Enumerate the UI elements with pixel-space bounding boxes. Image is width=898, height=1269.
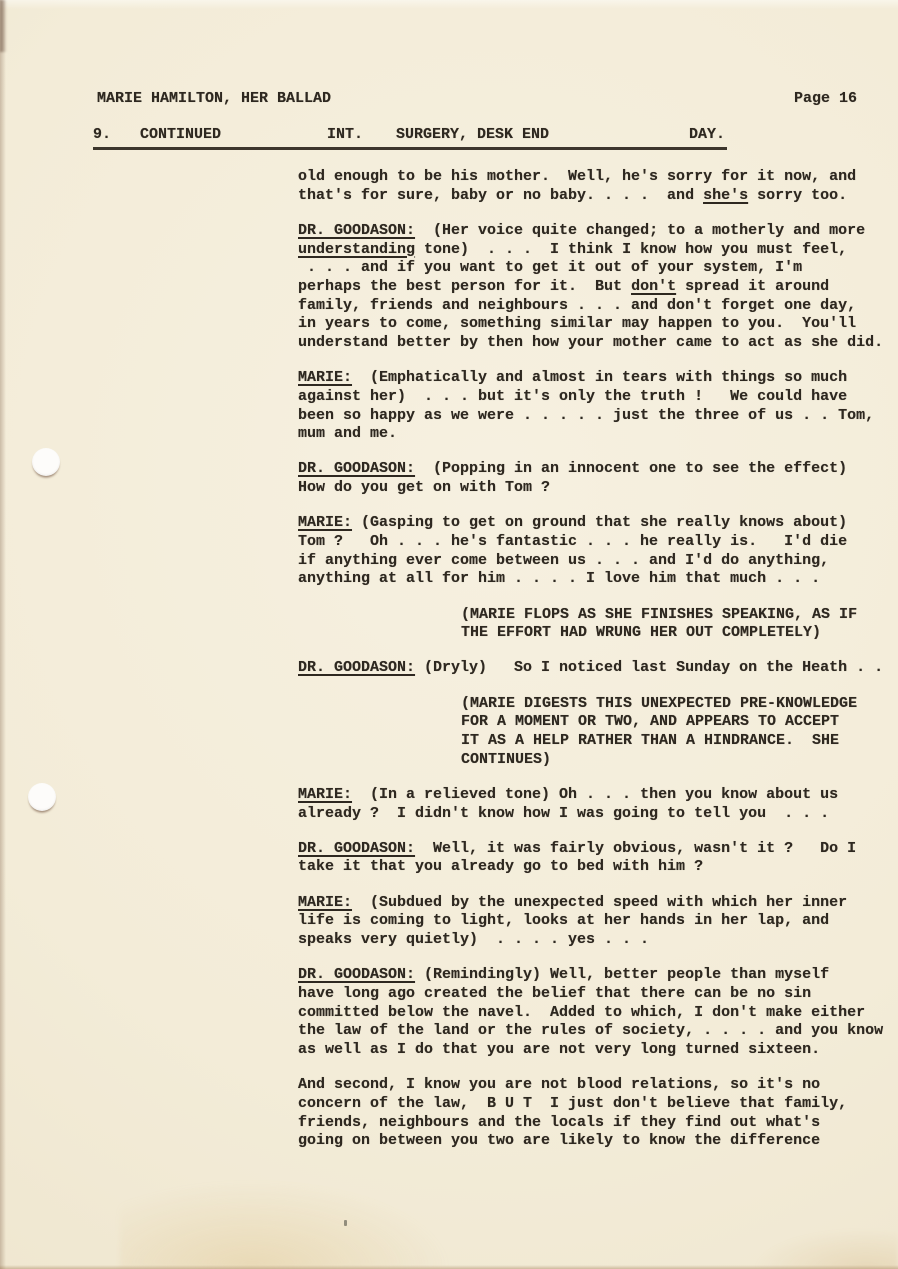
script-line: DR. GOODASON: (Remindingly) Well, better… xyxy=(298,966,898,985)
underlined-text: understanding xyxy=(298,241,415,258)
scene-location: SURGERY, DESK END xyxy=(396,125,549,145)
script-body: old enough to be his mother. Well, he's … xyxy=(298,168,898,1151)
paper-left-edge xyxy=(0,0,6,1269)
dialogue-block: DR. GOODASON: (Dryly) So I noticed last … xyxy=(298,659,898,678)
script-line: going on between you two are likely to k… xyxy=(298,1132,898,1151)
script-line: DR. GOODASON: (Her voice quite changed; … xyxy=(298,222,898,241)
script-line: take it that you already go to bed with … xyxy=(298,858,898,877)
script-line: DR. GOODASON: (Dryly) So I noticed last … xyxy=(298,659,898,678)
script-line: perhaps the best person for it. But don'… xyxy=(298,278,898,297)
dialogue-block: MARIE: (Emphatically and almost in tears… xyxy=(298,369,898,444)
script-line: life is coming to light, looks at her ha… xyxy=(298,912,898,931)
script-line: CONTINUES) xyxy=(461,751,898,770)
dialogue-block: DR. GOODASON: Well, it was fairly obviou… xyxy=(298,840,898,877)
script-line: IT AS A HELP RATHER THAN A HINDRANCE. SH… xyxy=(461,732,898,751)
script-line: MARIE: (Gasping to get on ground that sh… xyxy=(298,514,898,533)
underlined-text: MARIE: xyxy=(298,786,352,803)
underlined-text: DR. GOODASON: xyxy=(298,966,415,983)
script-line: understand better by then how your mothe… xyxy=(298,334,898,353)
scene-continued: CONTINUED xyxy=(140,125,221,145)
script-line: against her) . . . but it's only the tru… xyxy=(298,388,898,407)
script-line: MARIE: (Subdued by the unexpected speed … xyxy=(298,894,898,913)
underlined-text: DR. GOODASON: xyxy=(298,460,415,477)
script-line: in years to come, something similar may … xyxy=(298,315,898,334)
script-line: mum and me. xyxy=(298,425,898,444)
script-line: . . . and if you want to get it out of y… xyxy=(298,259,898,278)
dialogue-block: MARIE: (Subdued by the unexpected speed … xyxy=(298,894,898,950)
hole-punch-top xyxy=(32,448,60,476)
underlined-text: DR. GOODASON: xyxy=(298,222,415,239)
script-line: understanding tone) . . . I think I know… xyxy=(298,241,898,260)
dialogue-block: And second, I know you are not blood rel… xyxy=(298,1076,898,1151)
script-line: (MARIE DIGESTS THIS UNEXPECTED PRE-KNOWL… xyxy=(461,695,898,714)
script-page: MARIE HAMILTON, HER BALLAD Page 16 9. CO… xyxy=(0,0,898,1269)
underlined-text: she's xyxy=(703,187,748,204)
script-line: THE EFFORT HAD WRUNG HER OUT COMPLETELY) xyxy=(461,624,898,643)
script-line: committed below the navel. Added to whic… xyxy=(298,1004,898,1023)
underlined-text: don't xyxy=(631,278,676,295)
script-line: already ? I didn't know how I was going … xyxy=(298,805,898,824)
script-line: concern of the law, B U T I just don't b… xyxy=(298,1095,898,1114)
hole-punch-bottom xyxy=(28,783,56,811)
script-line: if anything ever come between us . . . a… xyxy=(298,552,898,571)
stage-direction: (MARIE FLOPS AS SHE FINISHES SPEAKING, A… xyxy=(461,606,898,643)
ink-speck xyxy=(344,1220,347,1226)
paper-stain xyxy=(738,1229,898,1269)
script-line: friends, neighbours and the locals if th… xyxy=(298,1114,898,1133)
script-line: DR. GOODASON: (Popping in an innocent on… xyxy=(298,460,898,479)
scene-time: DAY. xyxy=(689,125,725,145)
script-line: Tom ? Oh . . . he's fantastic . . . he r… xyxy=(298,533,898,552)
script-line: the law of the land or the rules of soci… xyxy=(298,1022,898,1041)
paper-top-edge xyxy=(0,0,898,9)
script-line: MARIE: (In a relieved tone) Oh . . . the… xyxy=(298,786,898,805)
script-line: (MARIE FLOPS AS SHE FINISHES SPEAKING, A… xyxy=(461,606,898,625)
dialogue-block: DR. GOODASON: (Her voice quite changed; … xyxy=(298,222,898,353)
paper-corner-shadow xyxy=(0,0,7,52)
script-line: How do you get on with Tom ? xyxy=(298,479,898,498)
scene-interior: INT. xyxy=(327,125,363,145)
stage-direction: (MARIE DIGESTS THIS UNEXPECTED PRE-KNOWL… xyxy=(461,695,898,770)
paper-stain xyxy=(120,1159,450,1269)
underlined-text: DR. GOODASON: xyxy=(298,659,415,676)
script-line: MARIE: (Emphatically and almost in tears… xyxy=(298,369,898,388)
underlined-text: DR. GOODASON: xyxy=(298,840,415,857)
underlined-text: MARIE: xyxy=(298,514,352,531)
dialogue-block: DR. GOODASON: (Popping in an innocent on… xyxy=(298,460,898,497)
page-number: Page 16 xyxy=(794,90,857,108)
page-header: MARIE HAMILTON, HER BALLAD Page 16 xyxy=(97,90,857,108)
script-line: old enough to be his mother. Well, he's … xyxy=(298,168,898,187)
dialogue-block: MARIE: (Gasping to get on ground that sh… xyxy=(298,514,898,589)
scene-heading: 9. CONTINUED INT. SURGERY, DESK END DAY. xyxy=(93,125,727,150)
dialogue-block: DR. GOODASON: (Remindingly) Well, better… xyxy=(298,966,898,1059)
script-line: FOR A MOMENT OR TWO, AND APPEARS TO ACCE… xyxy=(461,713,898,732)
script-line: as well as I do that you are not very lo… xyxy=(298,1041,898,1060)
script-line: have long ago created the belief that th… xyxy=(298,985,898,1004)
script-line: that's for sure, baby or no baby. . . . … xyxy=(298,187,898,206)
dialogue-block: MARIE: (In a relieved tone) Oh . . . the… xyxy=(298,786,898,823)
document-title: MARIE HAMILTON, HER BALLAD xyxy=(97,90,331,108)
script-line: been so happy as we were . . . . . just … xyxy=(298,407,898,426)
underlined-text: MARIE: xyxy=(298,369,352,386)
script-line: And second, I know you are not blood rel… xyxy=(298,1076,898,1095)
paper-bottom-edge xyxy=(0,1265,898,1269)
dialogue-block: old enough to be his mother. Well, he's … xyxy=(298,168,898,205)
script-line: anything at all for him . . . . I love h… xyxy=(298,570,898,589)
scene-number: 9. xyxy=(93,125,111,145)
script-line: DR. GOODASON: Well, it was fairly obviou… xyxy=(298,840,898,859)
script-line: family, friends and neighbours . . . and… xyxy=(298,297,898,316)
script-line: speaks very quietly) . . . . yes . . . xyxy=(298,931,898,950)
underlined-text: MARIE: xyxy=(298,894,352,911)
